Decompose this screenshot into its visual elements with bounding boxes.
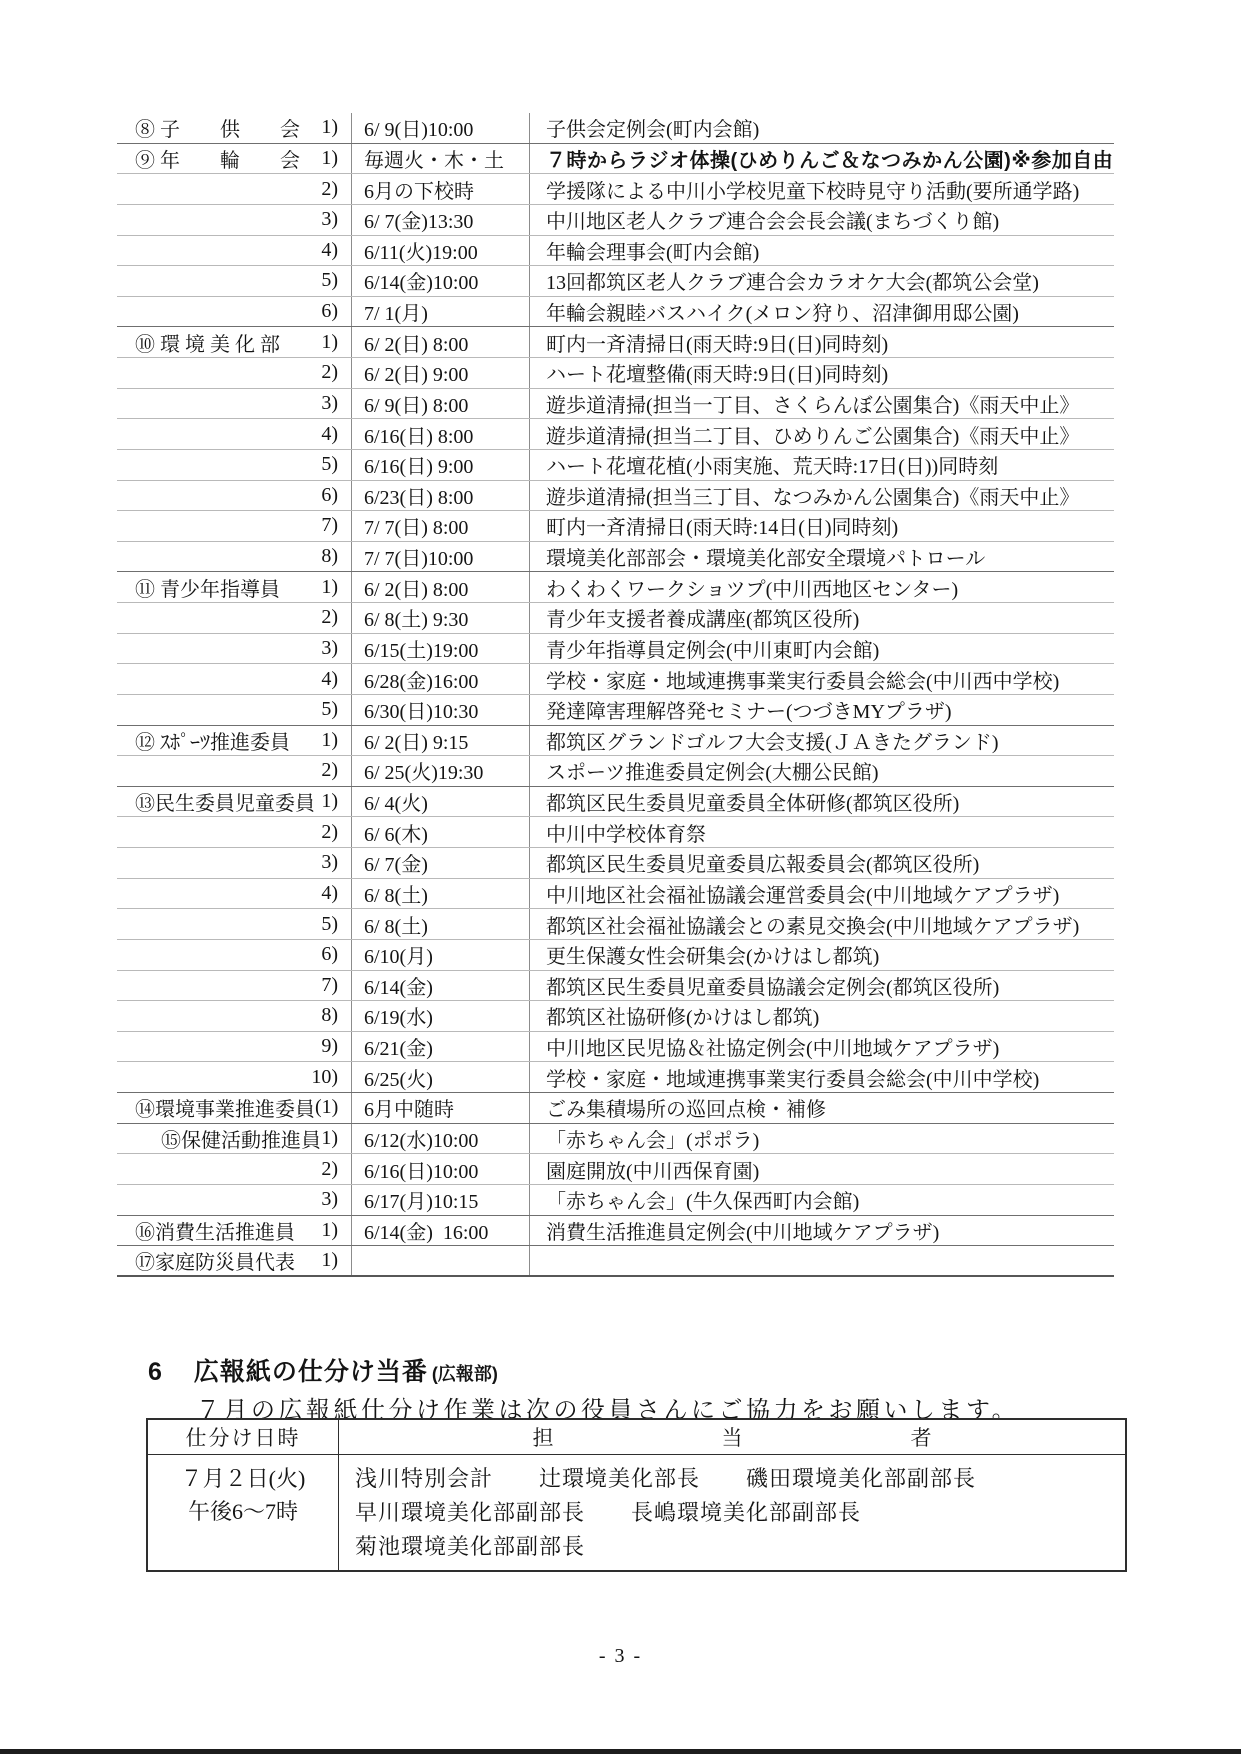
item-number: 7) xyxy=(321,974,338,997)
sorting-staff-cell: 浅川特別会計 辻環境美化部長 磯田環境美化部副部長 早川環境美化部副部長 長嶋環… xyxy=(339,1455,1125,1570)
header-datetime: 仕分け日時 xyxy=(148,1420,339,1454)
description-cell: ごみ集積場所の巡回点検・補修 xyxy=(530,1093,1114,1123)
date-cell: 6/ 6(木) xyxy=(352,817,530,847)
section-number: 6 xyxy=(148,1358,162,1387)
item-number: 4) xyxy=(321,882,338,905)
schedule-row: ⑧ 子 供 会 1) 6/ 9(日)10:00 子供会定例会(町内会館) xyxy=(117,113,1114,144)
sorting-duty-table: 仕分け日時 担 当 者 ７月２日(火)午後6～7時 浅川特別会計 辻環境美化部長… xyxy=(146,1418,1127,1572)
item-number: (1) xyxy=(315,1096,338,1119)
date-cell: 6/ 25(火)19:30 xyxy=(352,756,530,786)
item-number: 3) xyxy=(321,637,338,660)
item-number: 2) xyxy=(321,361,338,384)
description-cell: 遊歩道清掃(担当二丁目、ひめりんご公園集合)《雨天中止》 xyxy=(530,419,1114,449)
date-cell: 6/ 8(土) 9:30 xyxy=(352,603,530,633)
org-cell: 4) xyxy=(117,879,352,909)
description-cell: 環境美化部部会・環境美化部安全環境パトロール xyxy=(530,542,1114,572)
schedule-row: 2) 6/ 6(木) 中川中学校体育祭 xyxy=(117,817,1114,848)
description-cell: 都筑区民生委員児童委員全体研修(都筑区役所) xyxy=(530,787,1114,817)
org-name: ⑪ 青少年指導員 xyxy=(135,573,280,602)
date-cell: 6/25(火) xyxy=(352,1062,530,1092)
org-cell: 5) xyxy=(117,450,352,480)
item-number: 1) xyxy=(321,147,338,170)
org-cell: 2) xyxy=(117,756,352,786)
date-cell: 6/11(火)19:00 xyxy=(352,236,530,266)
schedule-row: 6) 7/ 1(月) 年輪会親睦バスハイク(メロン狩り、沼津御用邸公園) xyxy=(117,297,1114,328)
item-number: 4) xyxy=(321,423,338,446)
item-number: 5) xyxy=(321,698,338,721)
schedule-row: 9) 6/21(金) 中川地区民児協＆社協定例会(中川地域ケアプラザ) xyxy=(117,1032,1114,1063)
date-cell: 6/14(金)10:00 xyxy=(352,266,530,296)
description-cell: スポーツ推進委員定例会(大棚公民館) xyxy=(530,756,1114,786)
section-title: 広報紙の仕分け当番 xyxy=(194,1352,428,1388)
schedule-row: ⑪ 青少年指導員 1) 6/ 2(日) 8:00 わくわくワークショツプ(中川西… xyxy=(117,572,1114,603)
org-cell: 4) xyxy=(117,419,352,449)
schedule-row: ⑨ 年 輪 会 1) 毎週火・木・土 ７時からラジオ体操(ひめりんご＆なつみかん… xyxy=(117,144,1114,175)
staff-line: 早川環境美化部副部長 長嶋環境美化部副部長 xyxy=(355,1496,1117,1530)
org-cell: ⑧ 子 供 会 1) xyxy=(117,113,352,143)
item-number: 1) xyxy=(321,116,338,139)
org-cell: 2) xyxy=(117,358,352,388)
item-number: 6) xyxy=(321,300,338,323)
date-cell: 7/ 7(日)10:00 xyxy=(352,542,530,572)
org-name: ⑧ 子 供 会 xyxy=(135,113,300,142)
description-cell: 学校・家庭・地域連携事業実行委員会総会(中川西中学校) xyxy=(530,664,1114,694)
item-number: 1) xyxy=(321,790,338,813)
org-cell: 3) xyxy=(117,634,352,664)
date-cell: 6/ 2(日) 8:00 xyxy=(352,327,530,357)
schedule-row: ⑰家庭防災員代表 1) xyxy=(117,1246,1114,1277)
description-cell: 中川地区民児協＆社協定例会(中川地域ケアプラザ) xyxy=(530,1032,1114,1062)
staff-line: 浅川特別会計 辻環境美化部長 磯田環境美化部副部長 xyxy=(355,1462,1117,1496)
date-cell: 6月中随時 xyxy=(352,1093,530,1123)
description-cell xyxy=(530,1246,1114,1275)
item-number: 6) xyxy=(321,943,338,966)
org-cell: 2) xyxy=(117,603,352,633)
schedule-row: 2) 6月の下校時 学援隊による中川小学校児童下校時見守り活動(要所通学路) xyxy=(117,174,1114,205)
org-cell: ⑬民生委員児童委員 1) xyxy=(117,787,352,817)
item-number: 1) xyxy=(321,1219,338,1242)
date-cell: 6/ 4(火) xyxy=(352,787,530,817)
org-cell: 3) xyxy=(117,389,352,419)
item-number: 2) xyxy=(321,1158,338,1181)
item-number: 1) xyxy=(321,729,338,752)
schedule-row: 7) 7/ 7(日) 8:00 町内一斉清掃日(雨天時:14日(日)同時刻) xyxy=(117,511,1114,542)
item-number: 1) xyxy=(321,1249,338,1272)
description-cell: 13回都筑区老人クラブ連合会カラオケ大会(都筑公会堂) xyxy=(530,266,1114,296)
schedule-table: ⑧ 子 供 会 1) 6/ 9(日)10:00 子供会定例会(町内会館) ⑨ 年… xyxy=(117,113,1114,1277)
org-cell: 5) xyxy=(117,266,352,296)
schedule-row: ⑯消費生活推進員 1) 6/14(金) 16:00 消費生活推進員定例会(中川地… xyxy=(117,1216,1114,1247)
description-cell: 学援隊による中川小学校児童下校時見守り活動(要所通学路) xyxy=(530,174,1114,204)
date-cell: 6/ 9(日)10:00 xyxy=(352,113,530,143)
sorting-table-body: ７月２日(火)午後6～7時 浅川特別会計 辻環境美化部長 磯田環境美化部副部長 … xyxy=(148,1455,1125,1570)
description-cell: ７時からラジオ体操(ひめりんご＆なつみかん公園)※参加自由 xyxy=(530,144,1114,174)
description-cell: 学校・家庭・地域連携事業実行委員会総会(中川中学校) xyxy=(530,1062,1114,1092)
item-number: 2) xyxy=(321,606,338,629)
org-cell: ⑭環境事業推進委員 (1) xyxy=(117,1093,352,1123)
item-number: 6) xyxy=(321,484,338,507)
org-name: ⑫ ｽﾎﾟｰﾂ推進委員 xyxy=(135,726,290,755)
schedule-row: 3) 6/ 7(金)13:30 中川地区老人クラブ連合会会長会議(まちづくり館) xyxy=(117,205,1114,236)
item-number: 10) xyxy=(311,1066,338,1089)
sorting-table-header: 仕分け日時 担 当 者 xyxy=(148,1420,1125,1455)
org-cell: 5) xyxy=(117,695,352,725)
org-name: ⑩ 環 境 美 化 部 xyxy=(135,328,280,357)
description-cell: 遊歩道清掃(担当三丁目、なつみかん公園集合)《雨天中止》 xyxy=(530,481,1114,511)
schedule-row: 5) 6/16(日) 9:00 ハート花壇花植(小雨実施、荒天時:17日(日))… xyxy=(117,450,1114,481)
description-cell: 更生保護女性会研集会(かけはし都筑) xyxy=(530,940,1114,970)
description-cell: 都筑区民生委員児童委員協議会定例会(都筑区役所) xyxy=(530,971,1114,1001)
date-cell: 6/21(金) xyxy=(352,1032,530,1062)
item-number: 3) xyxy=(321,392,338,415)
item-number: 5) xyxy=(321,913,338,936)
schedule-row: 2) 6/ 25(火)19:30 スポーツ推進委員定例会(大棚公民館) xyxy=(117,756,1114,787)
schedule-row: 4) 6/11(火)19:00 年輪会理事会(町内会館) xyxy=(117,236,1114,267)
sorting-time: 午後6～7時 xyxy=(188,1499,298,1524)
item-number: 2) xyxy=(321,759,338,782)
date-cell: 6/12(水)10:00 xyxy=(352,1124,530,1154)
org-cell: 8) xyxy=(117,542,352,572)
item-number: 3) xyxy=(321,1188,338,1211)
schedule-row: 5) 6/30(日)10:30 発達障害理解啓発セミナー(つづきMYプラザ) xyxy=(117,695,1114,726)
schedule-rows: ⑧ 子 供 会 1) 6/ 9(日)10:00 子供会定例会(町内会館) ⑨ 年… xyxy=(117,113,1114,1277)
item-number: 3) xyxy=(321,851,338,874)
schedule-row: 4) 6/16(日) 8:00 遊歩道清掃(担当二丁目、ひめりんご公園集合)《雨… xyxy=(117,419,1114,450)
description-cell: ハート花壇整備(雨天時:9日(日)同時刻) xyxy=(530,358,1114,388)
date-cell: 6/19(水) xyxy=(352,1001,530,1031)
schedule-row: 5) 6/14(金)10:00 13回都筑区老人クラブ連合会カラオケ大会(都筑公… xyxy=(117,266,1114,297)
description-cell: 消費生活推進員定例会(中川地域ケアプラザ) xyxy=(530,1216,1114,1246)
org-cell: ⑰家庭防災員代表 1) xyxy=(117,1246,352,1275)
schedule-row: 10) 6/25(火) 学校・家庭・地域連携事業実行委員会総会(中川中学校) xyxy=(117,1062,1114,1093)
item-number: 3) xyxy=(321,208,338,231)
description-cell: 都筑区社協研修(かけはし都筑) xyxy=(530,1001,1114,1031)
org-cell: 8) xyxy=(117,1001,352,1031)
org-cell: ⑨ 年 輪 会 1) xyxy=(117,144,352,174)
date-cell: 6/17(月)10:15 xyxy=(352,1185,530,1215)
item-number: 4) xyxy=(321,239,338,262)
schedule-row: 2) 6/ 8(土) 9:30 青少年支援者養成講座(都筑区役所) xyxy=(117,603,1114,634)
date-cell: 6/30(日)10:30 xyxy=(352,695,530,725)
org-cell: 7) xyxy=(117,511,352,541)
schedule-row: 4) 6/ 8(土) 中川地区社会福祉協議会運営委員会(中川地域ケアプラザ) xyxy=(117,879,1114,910)
description-cell: 都筑区グランドゴルフ大会支援(ＪＡきたグランド) xyxy=(530,726,1114,756)
org-cell: ⑩ 環 境 美 化 部 1) xyxy=(117,327,352,357)
org-cell: 6) xyxy=(117,297,352,327)
date-cell: 6月の下校時 xyxy=(352,174,530,204)
org-cell: 2) xyxy=(117,1154,352,1184)
schedule-row: 3) 6/ 9(日) 8:00 遊歩道清掃(担当一丁目、さくらんぼ公園集合)《雨… xyxy=(117,389,1114,420)
org-cell: ⑪ 青少年指導員 1) xyxy=(117,572,352,602)
date-cell: 7/ 7(日) 8:00 xyxy=(352,511,530,541)
description-cell: わくわくワークショツプ(中川西地区センター) xyxy=(530,572,1114,602)
description-cell: 園庭開放(中川西保育園) xyxy=(530,1154,1114,1184)
date-cell: 6/16(日) 9:00 xyxy=(352,450,530,480)
schedule-row: 3) 6/ 7(金) 都筑区民生委員児童委員広報委員会(都筑区役所) xyxy=(117,848,1114,879)
org-cell: 9) xyxy=(117,1032,352,1062)
description-cell: 遊歩道清掃(担当一丁目、さくらんぼ公園集合)《雨天中止》 xyxy=(530,389,1114,419)
item-number: 7) xyxy=(321,514,338,537)
description-cell: 中川地区社会福祉協議会運営委員会(中川地域ケアプラザ) xyxy=(530,879,1114,909)
description-cell: 青少年指導員定例会(中川東町内会館) xyxy=(530,634,1114,664)
schedule-row: 8) 7/ 7(日)10:00 環境美化部部会・環境美化部安全環境パトロール xyxy=(117,542,1114,573)
item-number: 8) xyxy=(321,1004,338,1027)
description-cell: 町内一斉清掃日(雨天時:14日(日)同時刻) xyxy=(530,511,1114,541)
description-cell: ハート花壇花植(小雨実施、荒天時:17日(日))同時刻 xyxy=(530,450,1114,480)
org-cell: ⑯消費生活推進員 1) xyxy=(117,1216,352,1246)
schedule-row: 7) 6/14(金) 都筑区民生委員児童委員協議会定例会(都筑区役所) xyxy=(117,971,1114,1002)
date-cell: 6/ 9(日) 8:00 xyxy=(352,389,530,419)
description-cell: 都筑区社会福祉協議会との素見交換会(中川地域ケアプラザ) xyxy=(530,909,1114,939)
org-name: ⑨ 年 輪 会 xyxy=(135,144,300,173)
description-cell: 中川地区老人クラブ連合会会長会議(まちづくり館) xyxy=(530,205,1114,235)
description-cell: 青少年支援者養成講座(都筑区役所) xyxy=(530,603,1114,633)
sorting-datetime-cell: ７月２日(火)午後6～7時 xyxy=(148,1455,339,1570)
org-cell: 10) xyxy=(117,1062,352,1092)
date-cell: 6/ 7(金) xyxy=(352,848,530,878)
schedule-row: 8) 6/19(水) 都筑区社協研修(かけはし都筑) xyxy=(117,1001,1114,1032)
org-name: ⑰家庭防災員代表 xyxy=(135,1246,295,1275)
date-cell: 毎週火・木・土 xyxy=(352,144,530,174)
org-cell: 2) xyxy=(117,174,352,204)
schedule-row: 6) 6/23(日) 8:00 遊歩道清掃(担当三丁目、なつみかん公園集合)《雨… xyxy=(117,481,1114,512)
header-staff: 担 当 者 xyxy=(339,1420,1125,1454)
description-cell: 年輪会理事会(町内会館) xyxy=(530,236,1114,266)
date-cell: 6/23(日) 8:00 xyxy=(352,481,530,511)
section6-heading: 6 広報紙の仕分け当番 (広報部) xyxy=(148,1352,498,1388)
schedule-row: ⑩ 環 境 美 化 部 1) 6/ 2(日) 8:00 町内一斉清掃日(雨天時:… xyxy=(117,327,1114,358)
schedule-row: ⑮保健活動推進員 1) 6/12(水)10:00 「赤ちゃん会」(ポポラ) xyxy=(117,1124,1114,1155)
schedule-row: ⑫ ｽﾎﾟｰﾂ推進委員 1) 6/ 2(日) 9:15 都筑区グランドゴルフ大会… xyxy=(117,726,1114,757)
org-cell: 4) xyxy=(117,664,352,694)
schedule-row: 3) 6/17(月)10:15 「赤ちゃん会」(牛久保西町内会館) xyxy=(117,1185,1114,1216)
date-cell: 6/ 2(日) 9:00 xyxy=(352,358,530,388)
date-cell: 6/ 8(土) xyxy=(352,879,530,909)
item-number: 2) xyxy=(321,821,338,844)
date-cell: 6/14(金) 16:00 xyxy=(352,1216,530,1246)
item-number: 1) xyxy=(321,1127,338,1150)
description-cell: 年輪会親睦バスハイク(メロン狩り、沼津御用邸公園) xyxy=(530,297,1114,327)
org-name: ⑬民生委員児童委員 xyxy=(135,787,315,816)
item-number: 8) xyxy=(321,545,338,568)
item-number: 5) xyxy=(321,269,338,292)
schedule-row: 2) 6/16(日)10:00 園庭開放(中川西保育園) xyxy=(117,1154,1114,1185)
item-number: 2) xyxy=(321,178,338,201)
schedule-row: 6) 6/10(月) 更生保護女性会研集会(かけはし都筑) xyxy=(117,940,1114,971)
date-cell: 7/ 1(月) xyxy=(352,297,530,327)
date-cell: 6/16(日) 8:00 xyxy=(352,419,530,449)
org-cell: 3) xyxy=(117,848,352,878)
org-name: ⑭環境事業推進委員 xyxy=(135,1093,315,1122)
org-cell: 2) xyxy=(117,817,352,847)
sorting-date: ７月２日(火) xyxy=(181,1466,306,1491)
date-cell: 6/10(月) xyxy=(352,940,530,970)
description-cell: 子供会定例会(町内会館) xyxy=(530,113,1114,143)
item-number: 1) xyxy=(321,576,338,599)
item-number: 9) xyxy=(321,1035,338,1058)
org-name: ⑮保健活動推進員 xyxy=(135,1124,321,1153)
schedule-row: 5) 6/ 8(土) 都筑区社会福祉協議会との素見交換会(中川地域ケアプラザ) xyxy=(117,909,1114,940)
date-cell: 6/28(金)16:00 xyxy=(352,664,530,694)
org-cell: 6) xyxy=(117,481,352,511)
org-cell: 6) xyxy=(117,940,352,970)
schedule-row: ⑭環境事業推進委員 (1) 6月中随時 ごみ集積場所の巡回点検・補修 xyxy=(117,1093,1114,1124)
item-number: 1) xyxy=(321,331,338,354)
org-cell: 7) xyxy=(117,971,352,1001)
org-cell: ⑫ ｽﾎﾟｰﾂ推進委員 1) xyxy=(117,726,352,756)
schedule-row: 4) 6/28(金)16:00 学校・家庭・地域連携事業実行委員会総会(中川西中… xyxy=(117,664,1114,695)
scan-edge-artifact xyxy=(0,1749,1241,1754)
org-cell: 3) xyxy=(117,205,352,235)
date-cell xyxy=(352,1246,530,1275)
description-cell: 「赤ちゃん会」(ポポラ) xyxy=(530,1124,1114,1154)
date-cell: 6/16(日)10:00 xyxy=(352,1154,530,1184)
item-number: 4) xyxy=(321,668,338,691)
page-number: - 3 - xyxy=(0,1645,1241,1668)
date-cell: 6/ 8(土) xyxy=(352,909,530,939)
description-cell: 発達障害理解啓発セミナー(つづきMYプラザ) xyxy=(530,695,1114,725)
org-name: ⑯消費生活推進員 xyxy=(135,1216,295,1245)
date-cell: 6/14(金) xyxy=(352,971,530,1001)
section-title-suffix: (広報部) xyxy=(432,1360,498,1386)
date-cell: 6/ 2(日) 8:00 xyxy=(352,572,530,602)
date-cell: 6/ 2(日) 9:15 xyxy=(352,726,530,756)
staff-line: 菊池環境美化部副部長 xyxy=(355,1530,1117,1564)
description-cell: 町内一斉清掃日(雨天時:9日(日)同時刻) xyxy=(530,327,1114,357)
description-cell: 都筑区民生委員児童委員広報委員会(都筑区役所) xyxy=(530,848,1114,878)
date-cell: 6/ 7(金)13:30 xyxy=(352,205,530,235)
org-cell: ⑮保健活動推進員 1) xyxy=(117,1124,352,1154)
description-cell: 中川中学校体育祭 xyxy=(530,817,1114,847)
schedule-row: ⑬民生委員児童委員 1) 6/ 4(火) 都筑区民生委員児童委員全体研修(都筑区… xyxy=(117,787,1114,818)
org-cell: 4) xyxy=(117,236,352,266)
item-number: 5) xyxy=(321,453,338,476)
date-cell: 6/15(土)19:00 xyxy=(352,634,530,664)
org-cell: 5) xyxy=(117,909,352,939)
schedule-row: 2) 6/ 2(日) 9:00 ハート花壇整備(雨天時:9日(日)同時刻) xyxy=(117,358,1114,389)
org-cell: 3) xyxy=(117,1185,352,1215)
schedule-row: 3) 6/15(土)19:00 青少年指導員定例会(中川東町内会館) xyxy=(117,634,1114,665)
description-cell: 「赤ちゃん会」(牛久保西町内会館) xyxy=(530,1185,1114,1215)
